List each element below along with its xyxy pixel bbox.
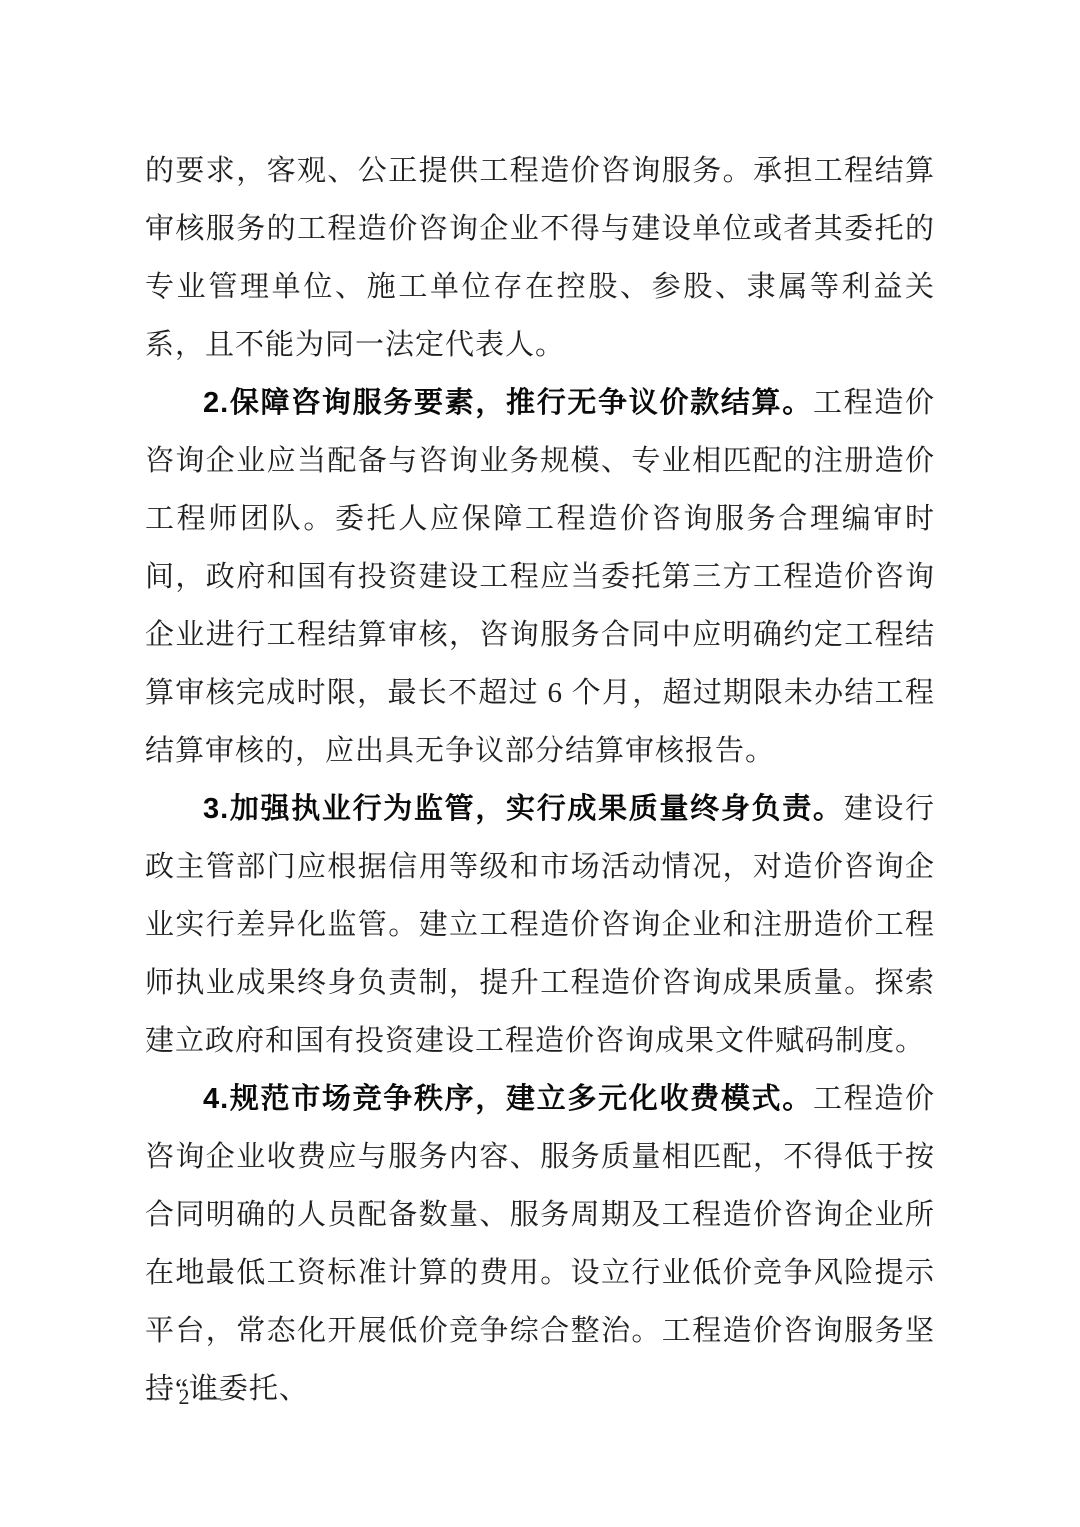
document-page: 的要求，客观、公正提供工程造价咨询服务。承担工程结算审核服务的工程造价咨询企业不… <box>0 0 1080 1527</box>
paragraph-body: 的要求，客观、公正提供工程造价咨询服务。承担工程结算审核服务的工程造价咨询企业不… <box>145 155 935 361</box>
paragraph-item-3: 3.加强执业行为监管，实行成果质量终身负责。建设行政主管部门应根据信用等级和市场… <box>145 780 935 1070</box>
paragraph-heading: 2.保障咨询服务要素，推行无争议价款结算。 <box>203 387 813 419</box>
paragraph-heading: 4.规范市场竞争秩序，建立多元化收费模式。 <box>203 1083 813 1115</box>
text-block: 的要求，客观、公正提供工程造价咨询服务。承担工程结算审核服务的工程造价咨询企业不… <box>145 142 935 1418</box>
paragraph-heading: 3.加强执业行为监管，实行成果质量终身负责。 <box>203 793 844 825</box>
paragraph-body: 建设行政主管部门应根据信用等级和市场活动情况，对造价咨询企业实行差异化监管。建立… <box>145 793 935 1057</box>
paragraph-item-4: 4.规范市场竞争秩序，建立多元化收费模式。工程造价咨询企业收费应与服务内容、服务… <box>145 1070 935 1418</box>
page-number: — 2 — <box>147 1384 223 1410</box>
paragraph-body: 工程造价咨询企业收费应与服务内容、服务质量相匹配，不得低于按合同明确的人员配备数… <box>145 1083 935 1405</box>
paragraph-item-2: 2.保障咨询服务要素，推行无争议价款结算。工程造价咨询企业应当配备与咨询业务规模… <box>145 374 935 780</box>
paragraph-continuation: 的要求，客观、公正提供工程造价咨询服务。承担工程结算审核服务的工程造价咨询企业不… <box>145 142 935 374</box>
paragraph-body: 工程造价咨询企业应当配备与咨询业务规模、专业相匹配的注册造价工程师团队。委托人应… <box>145 387 935 767</box>
